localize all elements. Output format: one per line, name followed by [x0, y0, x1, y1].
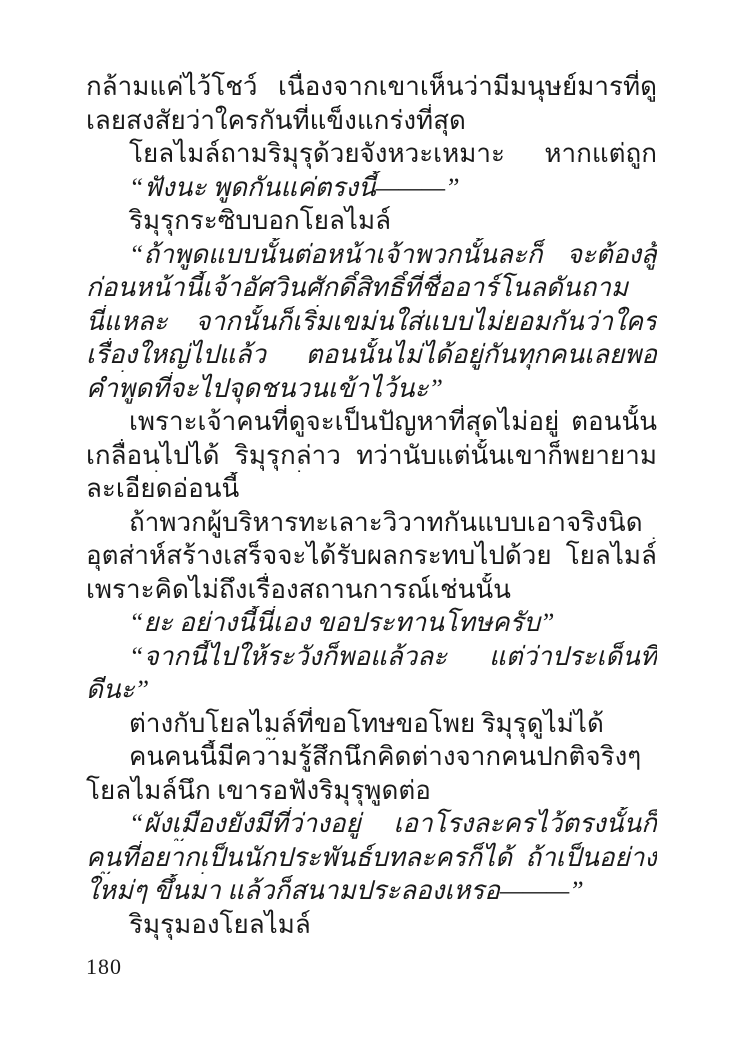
text-line: เพราะเจ้าคนที่ดูจะเป็นปัญหาที่สุดไม่อยู่… — [86, 405, 657, 439]
text-line: “ฟังนะ พูดกันแค่ตรงนี้———” — [86, 171, 657, 205]
page-number: 180 — [86, 953, 122, 981]
text-line: อุตส่าห์สร้างเสร็จจะได้รับผลกระทบไปด้วย … — [86, 539, 657, 573]
text-line: เพราะคิดไม่ถึงเรื่องสถานการณ์เช่นนั้น — [86, 573, 657, 607]
text-line: “จากนี้ไปให้ระวังก็พอแล้วละ แต่ว่าประเด็… — [86, 640, 657, 674]
text-line: คนที่อยากเป็นนักประพันธ์บทละครก็ได้ ถ้าเ… — [86, 841, 657, 875]
text-line: คำพูดที่จะไปจุดชนวนเข้าไว้นะ” — [86, 372, 657, 406]
text-line: เรื่องใหญ่ไปแล้ว ตอนนั้นไม่ได้อยู่กันทุก… — [86, 338, 657, 372]
text-line: “ยะ อย่างนี้นี่เอง ขอประทานโทษครับ” — [86, 606, 657, 640]
text-line: นี่แหละ จากนั้นก็เริ่มเขม่นใส่แบบไม่ยอมก… — [86, 305, 657, 339]
text-line: ริมุรุมองโยลไมล์ — [86, 908, 657, 942]
text-line: เลยสงสัยว่าใครกันที่แข็งแกร่งที่สุด — [86, 104, 657, 138]
page-text: กล้ามแค่ไว้โชว์ เนื่องจากเขาเห็นว่ามีมนุ… — [86, 70, 657, 941]
text-line: ใหม่ๆ ขึ้นมา แล้วก็สนามประลองเหรอ———” — [86, 874, 657, 908]
book-page: กล้ามแค่ไว้โชว์ เนื่องจากเขาเห็นว่ามีมนุ… — [0, 0, 738, 1051]
text-line: ก่อนหน้านี้เจ้าอัศวินศักดิ์สิทธิ์ที่ชื่อ… — [86, 271, 657, 305]
text-line: ถ้าพวกผู้บริหารทะเลาะวิวาทกันแบบเอาจริงน… — [86, 506, 657, 540]
text-line: กล้ามแค่ไว้โชว์ เนื่องจากเขาเห็นว่ามีมนุ… — [86, 70, 657, 104]
text-line: ละเอียดอ่อนนี้ — [86, 472, 657, 506]
text-line: คนคนนี้มีความรู้สึกนึกคิดต่างจากคนปกติจร… — [86, 740, 657, 774]
text-line: ต่างกับโยลไมล์ที่ขอโทษขอโพย ริมุรุดูไม่ไ… — [86, 707, 657, 741]
text-line: ดีนะ” — [86, 673, 657, 707]
text-line: โยลไมล์นึก เขารอฟังริมุรุพูดต่อ — [86, 774, 657, 808]
text-line: เกลื่อนไปได้ ริมุรุกล่าว ทว่านับแต่นั้นเ… — [86, 439, 657, 473]
text-line: “ถ้าพูดแบบนั้นต่อหน้าเจ้าพวกนั้นละก็ จะต… — [86, 238, 657, 272]
text-line: โยลไมล์ถามริมุรุด้วยจังหวะเหมาะ หากแต่ถู… — [86, 137, 657, 171]
text-line: ริมุรุกระซิบบอกโยลไมล์ — [86, 204, 657, 238]
text-line: “ผังเมืองยังมีที่ว่างอยู่ เอาโรงละครไว้ต… — [86, 807, 657, 841]
